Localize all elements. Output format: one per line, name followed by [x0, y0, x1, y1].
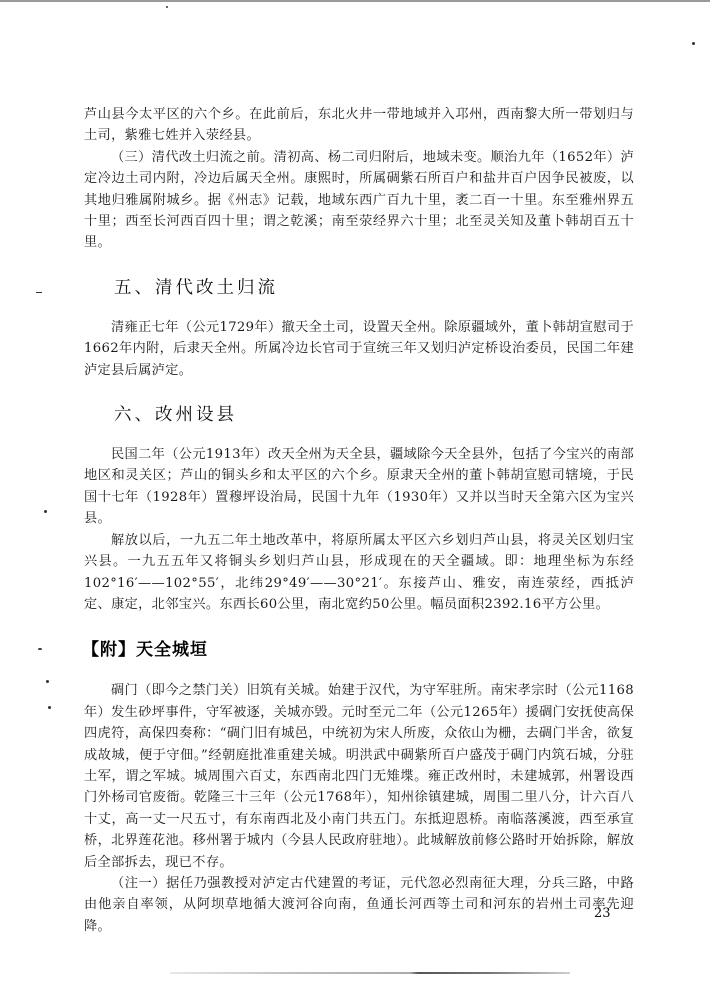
paragraph-continuation: 芦山县今太平区的六个乡。在此前后，东北火井一带地域并入邛州，西南黎大所一带划归与… — [84, 104, 634, 147]
paragraph-city-walls: 碉门（即今之禁门关）旧筑有关城。始建于汉代，为守军驻所。南宋孝宗时（公元1168… — [84, 680, 634, 873]
page-number: 23 — [594, 906, 611, 921]
scan-speck — [692, 42, 695, 45]
scan-speck — [46, 680, 49, 683]
section-heading-5: 五、清代改土归流 — [84, 274, 634, 299]
paragraph-note-1: （注一）据任乃强教授对泸定古代建置的考证，元代忽必烈南征大理，分兵三路，中路由他… — [84, 873, 634, 937]
section-heading-6: 六、改州设县 — [84, 401, 634, 426]
document-page: 芦山县今太平区的六个乡。在此前后，东北火井一带地域并入邛州，西南黎大所一带划归与… — [84, 104, 634, 937]
scan-speck — [48, 706, 51, 709]
scan-speck — [166, 6, 168, 8]
paragraph-after-liberation: 解放以后，一九五二年土地改革中，将原所属太平区六乡划归芦山县，将灵关区划归宝兴县… — [84, 530, 634, 616]
scan-speck — [44, 510, 47, 513]
paragraph-qing-before-reform: （三）清代改土归流之前。清初高、杨二司归附后，地域未变。顺治九年（1652年）泸… — [84, 147, 634, 254]
paragraph-yongzheng-reform: 清雍正七年（公元1729年）撤天全土司，设置天全州。除原疆域外，董卜韩胡宣慰司于… — [84, 317, 634, 381]
scan-speck — [36, 292, 42, 293]
scan-speck — [38, 648, 42, 650]
scan-bottom-line — [170, 972, 570, 974]
appendix-heading: 【附】天全城垣 — [82, 635, 634, 660]
paragraph-minguo-county: 民国二年（公元1913年）改天全州为天全县，疆域除今天全县外，包括了今宝兴的南部… — [84, 444, 634, 530]
scan-top-edge — [0, 0, 710, 2]
